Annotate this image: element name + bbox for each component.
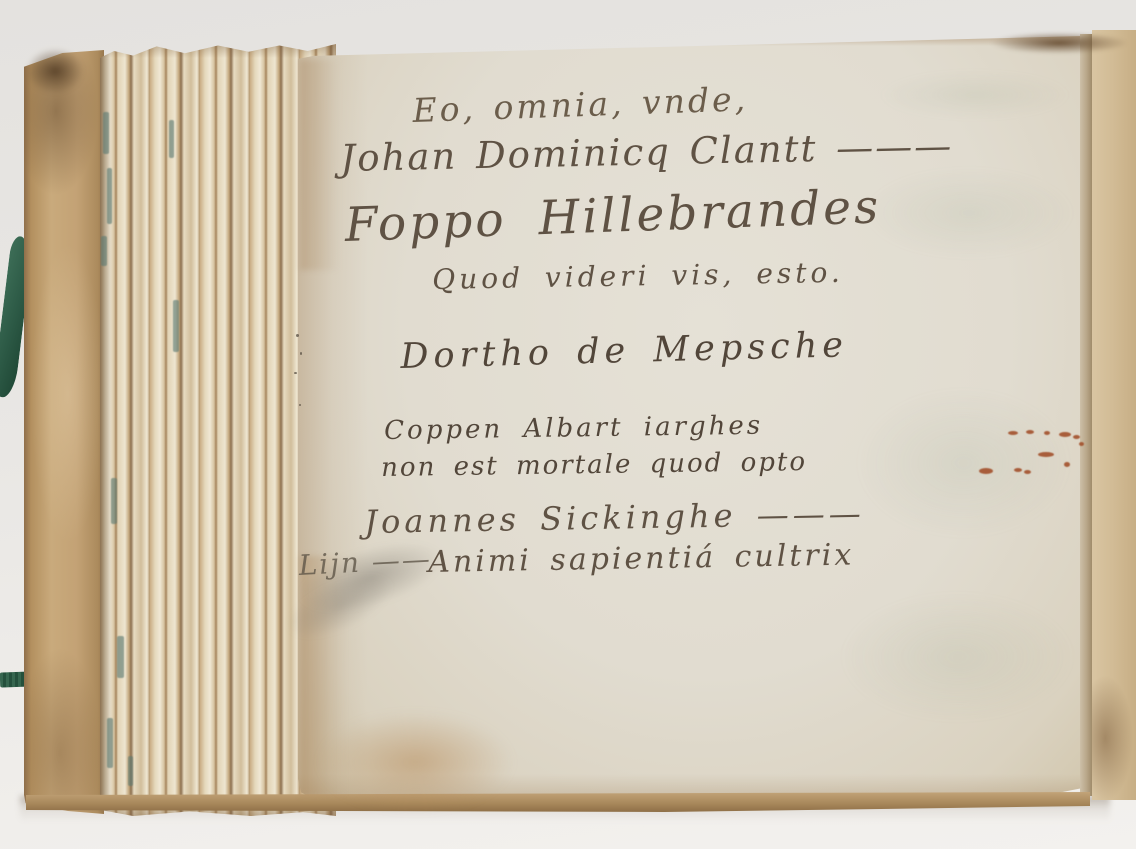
top-edge-stain — [990, 32, 1128, 54]
inscription-signature-albart: Coppen Albart iarghes — [384, 413, 763, 444]
ink-speck — [294, 372, 297, 374]
marbled-edge-fleck — [117, 636, 124, 678]
inscription-name-lijn: Lijn —— — [298, 545, 432, 580]
inscription-motto-quod-videri: Quod videri vis, esto. — [432, 259, 844, 294]
worn-cover-corner — [26, 48, 84, 94]
brown-stain-bottom — [318, 712, 513, 812]
rust-stain — [1073, 435, 1080, 439]
marbled-edge-fleck — [128, 756, 133, 786]
vellum-cover-left — [24, 50, 104, 814]
show-through-mark — [864, 168, 1074, 258]
show-through-mark — [856, 388, 1071, 538]
marbled-edge-fleck — [101, 236, 107, 266]
rust-stain — [1079, 442, 1084, 446]
rust-stain — [1044, 431, 1050, 435]
photo-of-open-album: Eo, omnia, vnde, Johan Dominicq Clantt —… — [0, 0, 1136, 849]
show-through-mark — [880, 72, 1070, 118]
rust-stain — [1038, 452, 1054, 457]
ink-speck — [300, 352, 302, 355]
marbled-edge-fleck — [103, 112, 109, 154]
rust-stain — [1026, 430, 1034, 434]
rust-stain — [1024, 470, 1031, 474]
ink-speck — [296, 334, 299, 337]
marbled-edge-fleck — [107, 168, 112, 224]
inscription-motto-animi-sapientia: Animi sapientiá cultrix — [428, 541, 854, 578]
marbled-edge-fleck — [169, 120, 174, 158]
inscription-signature-sickinghe: Joannes Sickinghe ——— — [364, 497, 865, 538]
vellum-cover-right — [1092, 30, 1136, 800]
gutter-stain-top — [300, 60, 340, 270]
marbled-edge-fleck — [173, 300, 179, 352]
rust-stain — [1014, 468, 1022, 472]
rust-stain — [1008, 431, 1018, 435]
rust-stain — [1064, 462, 1070, 467]
marbled-edge-fleck — [107, 718, 113, 768]
marbled-edge-fleck — [111, 478, 117, 524]
rust-stain — [979, 468, 993, 474]
rust-stain — [1059, 432, 1071, 437]
ink-speck — [299, 404, 301, 406]
inscription-motto-non-est-mortale: non est mortale quod opto — [381, 449, 807, 481]
show-through-mark — [840, 592, 1075, 722]
